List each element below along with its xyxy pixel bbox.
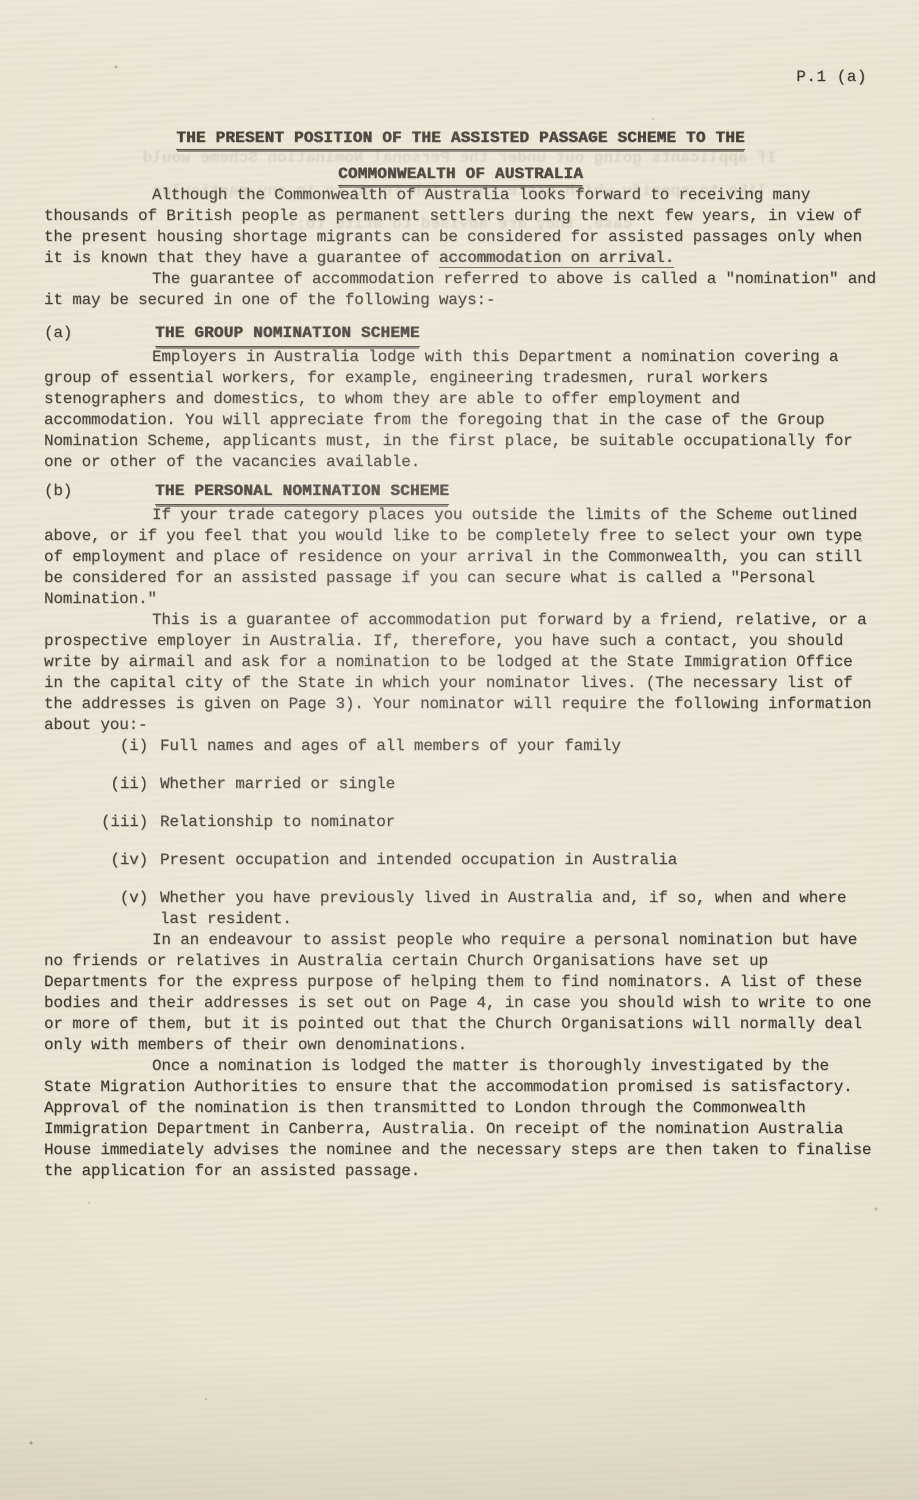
section-b-paragraph-1: If your trade category places you outsid…	[44, 505, 877, 610]
list-item-v-numeral: (v)	[44, 888, 148, 930]
section-a-paragraph: Employers in Australia lodge with this D…	[44, 347, 877, 473]
section-a-heading-row: (a) THE GROUP NOMINATION SCHEME	[44, 323, 877, 347]
list-item-ii-text: Whether married or single	[160, 774, 877, 795]
list-item-v-text: Whether you have previously lived in Aus…	[160, 888, 877, 930]
accommodation-on-arrival-underlined: accommodation on arrival.	[439, 249, 674, 268]
nomination-definition-paragraph: The guarantee of accommodation referred …	[44, 269, 877, 311]
list-item-iii-text: Relationship to nominator	[160, 812, 877, 833]
section-a-label: (a)	[44, 323, 155, 347]
section-b-heading: THE PERSONAL NOMINATION SCHEME	[155, 481, 449, 505]
list-item-iv-numeral: (iv)	[44, 850, 148, 871]
intro-paragraph: Although the Commonwealth of Australia l…	[44, 185, 877, 269]
closing-paragraph-church-organisations: In an endeavour to assist people who req…	[44, 930, 877, 1056]
document-title-line-2: COMMONWEALTH OF AUSTRALIA	[44, 164, 877, 185]
list-item-ii-numeral: (ii)	[44, 774, 148, 795]
section-b-label: (b)	[44, 481, 155, 505]
section-a-heading: THE GROUP NOMINATION SCHEME	[155, 323, 420, 347]
section-b-heading-row: (b) THE PERSONAL NOMINATION SCHEME	[44, 481, 877, 505]
list-item-iv: (iv) Present occupation and intended occ…	[44, 850, 877, 871]
nominator-requirements-list: (i) Full names and ages of all members o…	[44, 736, 877, 930]
closing-paragraph-nomination-processing: Once a nomination is lodged the matter i…	[44, 1056, 877, 1182]
section-b-paragraph-2: This is a guarantee of accommodation put…	[44, 610, 877, 736]
list-item-iv-text: Present occupation and intended occupati…	[160, 850, 877, 871]
document-title-line-1: THE PRESENT POSITION OF THE ASSISTED PAS…	[44, 128, 877, 149]
document-title-line-2-text: COMMONWEALTH OF AUSTRALIA	[338, 165, 583, 186]
paper-specks	[0, 0, 2, 2]
list-item-i-numeral: (i)	[44, 736, 148, 757]
list-item-iii-numeral: (iii)	[44, 812, 148, 833]
scanned-document-page: If applicants going out under the Person…	[0, 0, 919, 1500]
list-item-ii: (ii) Whether married or single	[44, 774, 877, 795]
list-item-i-text: Full names and ages of all members of yo…	[160, 736, 877, 757]
list-item-iii: (iii) Relationship to nominator	[44, 812, 877, 833]
list-item-i: (i) Full names and ages of all members o…	[44, 736, 877, 757]
document-title-line-1-text: THE PRESENT POSITION OF THE ASSISTED PAS…	[176, 129, 745, 150]
list-item-v: (v) Whether you have previously lived in…	[44, 888, 877, 930]
